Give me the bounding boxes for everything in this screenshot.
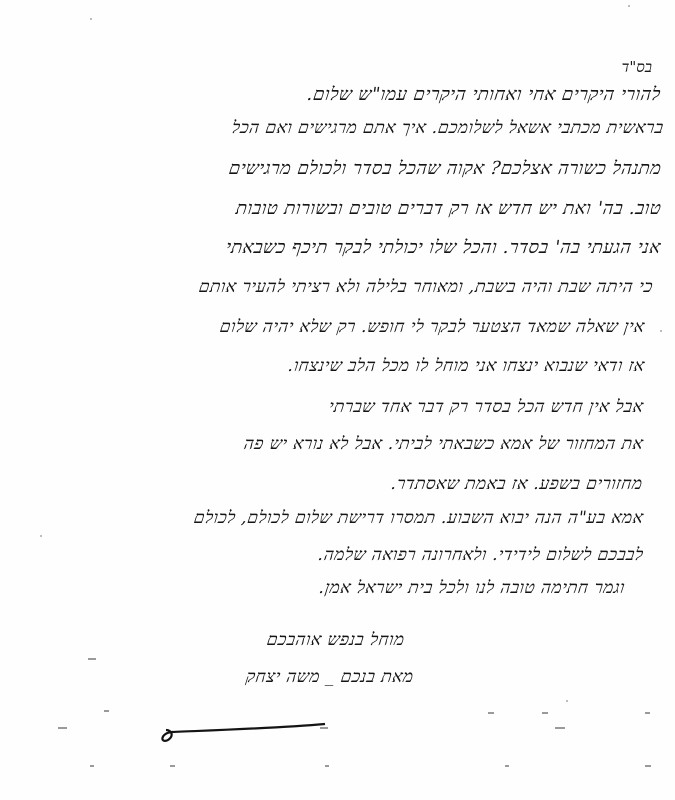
ruling-dash xyxy=(645,712,650,714)
scan-speck xyxy=(628,5,630,7)
letter-line-3: מתנהל כשורה אצלכם? אקוה שהכל בסדר ולכולם… xyxy=(227,158,662,179)
ruling-dash xyxy=(104,710,109,712)
ruling-dash xyxy=(488,712,494,714)
letter-line-5: אני הגעתי בה' בסדר. והכל שלו יכולתי לבקר… xyxy=(225,237,663,258)
letter-line-4: טוב. בה' ואת יש חדש אז רק דברים טובים וב… xyxy=(234,198,662,219)
scan-speck xyxy=(566,700,568,702)
signature-flourish xyxy=(160,722,330,742)
ruling-dash xyxy=(170,765,175,767)
header-bsd-mark: בס"ד xyxy=(622,58,652,77)
ruling-dash xyxy=(325,765,329,767)
letter-page: בס"ד להורי היקרים אחי ואחותי היקרים עמו"… xyxy=(0,0,675,800)
ruling-dash xyxy=(645,765,651,767)
ruling-dash xyxy=(58,727,67,729)
letter-line-2: בראשית מכתבי אשאל לשלומכם. איך אתם מרגיש… xyxy=(230,118,664,138)
letter-line-salutation: להורי היקרים אחי ואחותי היקרים עמו"ש שלו… xyxy=(306,84,663,105)
letter-signature: מאת בנכם _ משה יצחק xyxy=(244,667,414,687)
letter-line-11: מחזורים בשפע. אז באמת שאסתדר. xyxy=(390,474,644,494)
ruling-dash xyxy=(505,765,509,767)
scan-speck xyxy=(40,535,42,537)
letter-line-6: כי היתה שבת והיה בשבת, ומאוחר בלילה ולא … xyxy=(198,277,655,297)
ruling-dash xyxy=(320,727,328,729)
scan-speck xyxy=(90,18,92,20)
ruling-dash xyxy=(542,712,548,714)
ruling-dash xyxy=(555,727,565,729)
letter-line-13: לבבכם לשלום לידידי. ולאחרונה רפואה שלמה. xyxy=(316,545,644,565)
ruling-dash xyxy=(90,765,94,767)
letter-line-8: אז ודאי שנבוא ינצחו אני מוחל לו מכל הלב … xyxy=(287,356,646,376)
letter-closing: מוחל בנפש אוהבכם xyxy=(266,630,406,650)
ruling-dash xyxy=(88,658,96,660)
scan-speck xyxy=(660,330,662,332)
letter-line-12: אמא בע"ה הנה יבוא השבוע. תמסרו דרישת שלו… xyxy=(192,508,644,528)
letter-line-9: אבל אין חדש הכל בסדר רק דבר אחד שברתי xyxy=(327,397,644,417)
letter-line-14: וגמר חתימה טובה לנו ולכל בית ישראל אמן. xyxy=(318,578,627,598)
letter-line-10: את המחזור של אמא כשבאתי לביתי. אבל לא נו… xyxy=(242,434,644,454)
letter-line-7: אין שאלה שמאד הצטער לבקר לי חופש. רק שלא… xyxy=(219,317,646,337)
